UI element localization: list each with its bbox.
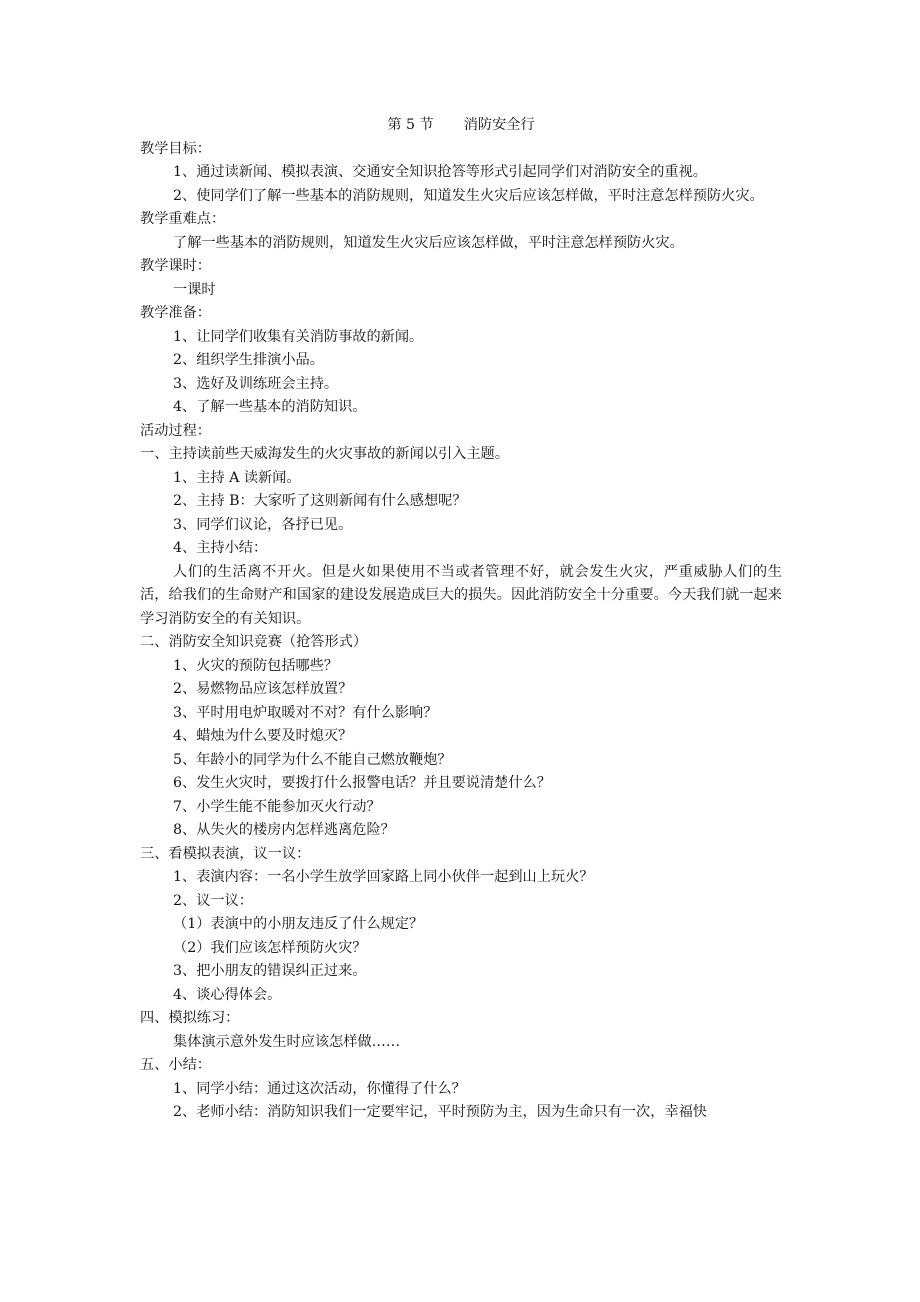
part3-item: 2、议一议：: [140, 890, 782, 914]
part2-item: 2、易燃物品应该怎样放置？: [140, 678, 782, 702]
part5-heading: 五、小结：: [140, 1054, 782, 1078]
objective-item: 2、使同学们了解一些基本的消防规则，知道发生火灾后应该怎样做，平时注意怎样预防火…: [140, 185, 782, 209]
page-title: 第 5 节消防安全行: [140, 114, 782, 138]
part4-heading: 四、模拟练习：: [140, 1007, 782, 1031]
preparation-item: 4、了解一些基本的消防知识。: [140, 396, 782, 420]
part1-item: 4、主持小结：: [140, 537, 782, 561]
duration-heading: 教学课时：: [140, 255, 782, 279]
part2-item: 3、平时用电炉取暖对不对？有什么影响？: [140, 702, 782, 726]
part2-item: 7、小学生能不能参加灭火行动？: [140, 796, 782, 820]
part2-heading: 二、消防安全知识竞赛（抢答形式）: [140, 631, 782, 655]
part5-item: 1、同学小结：通过这次活动，你懂得了什么？: [140, 1078, 782, 1102]
part3-item: （1）表演中的小朋友违反了什么规定？: [140, 913, 782, 937]
objectives-heading: 教学目标：: [140, 138, 782, 162]
preparation-item: 2、组织学生排演小品。: [140, 349, 782, 373]
key-points-heading: 教学重难点：: [140, 208, 782, 232]
process-heading: 活动过程：: [140, 420, 782, 444]
preparation-item: 1、让同学们收集有关消防事故的新闻。: [140, 326, 782, 350]
section-name: 消防安全行: [464, 117, 535, 133]
part2-item: 1、火灾的预防包括哪些？: [140, 655, 782, 679]
preparation-item: 3、选好及训练班会主持。: [140, 373, 782, 397]
part1-item: 2、主持 B：大家听了这则新闻有什么感想呢？: [140, 490, 782, 514]
part3-item: 3、把小朋友的错误纠正过来。: [140, 960, 782, 984]
part2-item: 5、年龄小的同学为什么不能自己燃放鞭炮？: [140, 749, 782, 773]
part3-item: 4、谈心得体会。: [140, 984, 782, 1008]
part2-item: 8、从失火的楼房内怎样逃离危险？: [140, 819, 782, 843]
part1-summary: 人们的生活离不开火。但是火如果使用不当或者管理不好，就会发生火灾，严重威胁人们的…: [140, 561, 782, 632]
document-page: 第 5 节消防安全行 教学目标： 1、通过读新闻、模拟表演、交通安全知识抢答等形…: [140, 114, 782, 1125]
part1-heading: 一、主持读前些天威海发生的火灾事故的新闻以引入主题。: [140, 443, 782, 467]
part3-heading: 三、看模拟表演，议一议：: [140, 843, 782, 867]
key-points-text: 了解一些基本的消防规则，知道发生火灾后应该怎样做，平时注意怎样预防火灾。: [140, 232, 782, 256]
part1-item: 1、主持 A 读新闻。: [140, 467, 782, 491]
part2-item: 6、发生火灾时，要拨打什么报警电话？并且要说清楚什么？: [140, 772, 782, 796]
part4-text: 集体演示意外发生时应该怎样做……: [140, 1031, 782, 1055]
part1-item: 3、同学们议论，各抒已见。: [140, 514, 782, 538]
objective-item: 1、通过读新闻、模拟表演、交通安全知识抢答等形式引起同学们对消防安全的重视。: [140, 161, 782, 185]
duration-text: 一课时: [140, 279, 782, 303]
part3-item: （2）我们应该怎样预防火灾？: [140, 937, 782, 961]
part5-item: 2、老师小结：消防知识我们一定要牢记，平时预防为主，因为生命只有一次，幸福快: [140, 1101, 782, 1125]
part3-item: 1、表演内容：一名小学生放学回家路上同小伙伴一起到山上玩火？: [140, 866, 782, 890]
preparation-heading: 教学准备：: [140, 302, 782, 326]
section-number: 第 5 节: [387, 117, 433, 133]
part2-item: 4、蜡烛为什么要及时熄灭？: [140, 725, 782, 749]
